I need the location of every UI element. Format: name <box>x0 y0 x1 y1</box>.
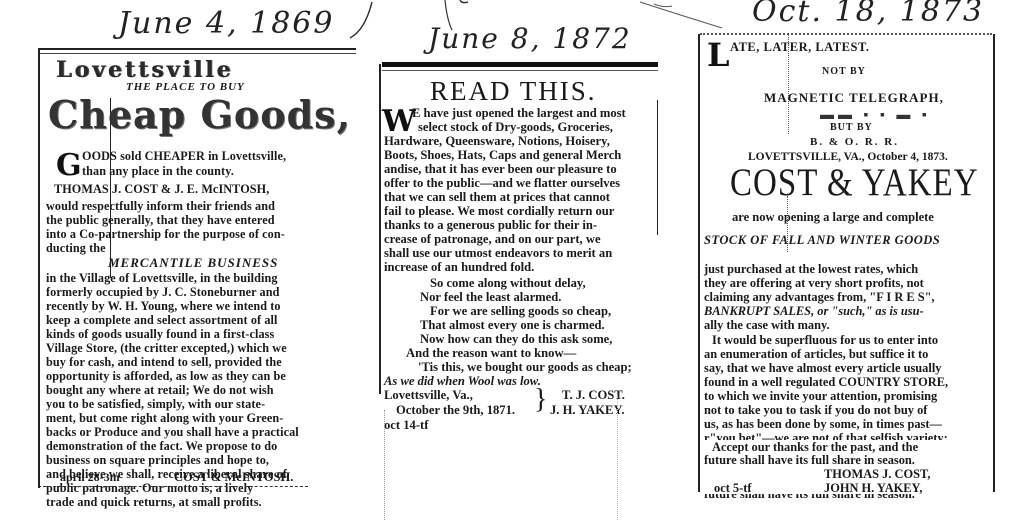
footer-issue-code: april 28-3m <box>60 470 120 485</box>
intro-line: are now opening a large and complete <box>732 210 934 225</box>
text-line: recently by W. H. Young, where we intend… <box>46 300 356 312</box>
text-line: shall use our utmost endeavors to merit … <box>384 246 612 261</box>
subheading-mercantile: MERCANTILE BUSINESS <box>108 256 356 269</box>
text-line: than any place in the county. <box>82 165 356 177</box>
text-line: in the Village of Lovettsville, in the b… <box>46 272 356 284</box>
text-line: buy for cash, and intend to sell, provid… <box>46 356 356 368</box>
text-line: just purchased at the lowest rates, whic… <box>704 262 918 277</box>
clip3-right-border <box>993 34 995 492</box>
text-line: us, as has been done by some, in times p… <box>704 417 942 432</box>
text-line: you to be satisfied, simply, with our st… <box>46 398 356 410</box>
text-line: crease of patronage, and on our part, we <box>384 232 601 247</box>
text-line: keep a complete and select assortment of… <box>46 314 356 326</box>
text-line: claiming any advantages from, "F I R E S… <box>704 290 935 305</box>
text-line: future shall have its full share in seas… <box>704 453 915 468</box>
clip1-left-edge <box>38 48 40 488</box>
text-line: they are offering at very short profits,… <box>704 276 924 291</box>
footer-issue-code: oct 14-tf <box>384 418 428 433</box>
verse-line: Now how can they do this ask some, <box>420 332 612 347</box>
clip3-left-border <box>698 34 700 492</box>
text-line: ducting the <box>46 242 356 254</box>
verse-line: And the reason want to know— <box>406 346 576 361</box>
clip3-top-rule <box>700 33 992 35</box>
text-line: would respectfully inform their friends … <box>46 200 356 212</box>
text-line: thanks to a generous public for their in… <box>384 218 597 233</box>
subheading-fall-winter-goods: STOCK OF FALL AND WINTER GOODS <box>704 233 940 248</box>
text-line: formerly occupied by J. C. Stoneburner a… <box>46 286 356 298</box>
headline-read-this: READ THIS. <box>430 76 597 107</box>
headline: Cheap Goods, <box>48 96 356 134</box>
text-line: BUT BY <box>830 122 873 133</box>
signer-2: J. H. YAKEY. <box>550 403 625 418</box>
text-line: Hardware, Queensware, Notions, Hoisery, <box>384 134 610 149</box>
drop-cap: G <box>56 148 82 183</box>
text-line: found in a well regulated COUNTRY STORE, <box>704 375 948 390</box>
text-line: increase of an hundred fold. <box>384 260 534 275</box>
text-line: bought any where at retail; We do not wi… <box>46 384 356 396</box>
footer-issue-code: oct 5-tf <box>714 481 752 496</box>
text-line: an enumeration of articles, but suffice … <box>704 347 928 362</box>
fold-mark <box>384 410 385 520</box>
signer-2: JOHN H. YAKEY, <box>824 481 922 496</box>
text-line: that we can sell them at prices that can… <box>384 190 610 205</box>
top-rule-thin <box>38 53 356 54</box>
text-line: offer to the public—and we flatter ourse… <box>384 176 620 191</box>
verse-line: For we are selling goods so cheap, <box>430 304 611 319</box>
dateline-date: October the 9th, 1871. <box>396 403 515 418</box>
clip3-right-border <box>993 440 995 492</box>
fold-mark <box>617 395 618 520</box>
text-line: B. & O. R. R. <box>810 136 899 148</box>
text-line: into a Co-partnership for the purpose of… <box>46 228 356 240</box>
text-line: andise, that it has ever been our pleasu… <box>384 162 617 177</box>
clip3-left-border <box>698 440 700 492</box>
clip3-footer: Accept our thanks for the past, and the … <box>700 440 992 494</box>
text-line: business on square principles and hope t… <box>46 454 356 466</box>
verse-line: As we did when Wool was low. <box>384 374 541 389</box>
clipping-cheap-goods: Lovettsville THE PLACE TO BUY Cheap Good… <box>38 48 356 488</box>
clip2-right-border <box>657 100 658 235</box>
text-line: backs or Produce and you shall have a pr… <box>46 426 356 438</box>
headline-cost-yakey: COST & YAKEY <box>730 162 979 206</box>
clip2-heavy-rule <box>382 62 658 67</box>
text-line: kinds of goods usually found in a first-… <box>46 328 356 340</box>
text-line: It would be superfluous for us to enter … <box>712 333 938 348</box>
text-line: Village Store, (the critter excepted,) w… <box>46 342 356 354</box>
text-line: ment, but come right along with your Gre… <box>46 412 356 424</box>
header-late-later-latest: ATE, LATER, LATEST. <box>730 40 870 55</box>
text-line: E have just opened the largest and most <box>412 106 626 121</box>
text-line: demonstration of the fact. We propose to… <box>46 440 356 452</box>
brace: } <box>534 386 547 414</box>
text-line: BANKRUPT SALES, or "such," as is usu- <box>704 304 924 319</box>
clip2-thin-rule <box>382 70 658 71</box>
text-line: ally the case with many. <box>704 318 830 333</box>
verse-line: Nor feel the least alarmed. <box>420 290 561 305</box>
verse-line: So come along without delay, <box>430 276 586 291</box>
verse-line: That almost every one is charmed. <box>420 318 605 333</box>
text-line: say, that we have almost every article u… <box>704 361 941 376</box>
text-line: MAGNETIC TELEGRAPH, <box>764 90 944 106</box>
text-line: to which we invite your attention, promi… <box>704 389 937 404</box>
text-line: trade and quick returns, at small profit… <box>46 496 356 508</box>
text-line: THOMAS J. COST & J. E. McINTOSH, <box>54 183 356 195</box>
header-town-name: Lovettsville <box>56 59 356 81</box>
text-line: not to take you to task if you do not bu… <box>704 403 927 418</box>
text-line: the public generally, that they have ent… <box>46 214 356 226</box>
text-line: opportunity is afforded, as low as they … <box>46 370 356 382</box>
signer-1: T. J. COST. <box>562 388 625 403</box>
text-line: NOT BY <box>822 66 866 77</box>
clip2-left-border <box>379 64 381 394</box>
bottom-rule <box>38 486 308 487</box>
dateline-place: Lovettsville, Va., <box>384 388 473 403</box>
footer-signature: COST & McINTOSH. <box>174 470 293 485</box>
verse-line: 'Tis this, we bought our goods as cheap; <box>418 360 632 375</box>
drop-cap: L <box>707 36 730 74</box>
top-rule <box>38 48 356 50</box>
text-line: OODS sold CHEAPER in Lovettsville, <box>82 150 356 162</box>
text-line: Boots, Shoes, Hats, Caps and general Mer… <box>384 148 621 163</box>
text-line: select stock of Dry-goods, Groceries, <box>418 120 613 135</box>
signer-1: THOMAS J. COST, <box>824 467 930 482</box>
text-line: fail to please. We most cordially return… <box>384 204 614 219</box>
